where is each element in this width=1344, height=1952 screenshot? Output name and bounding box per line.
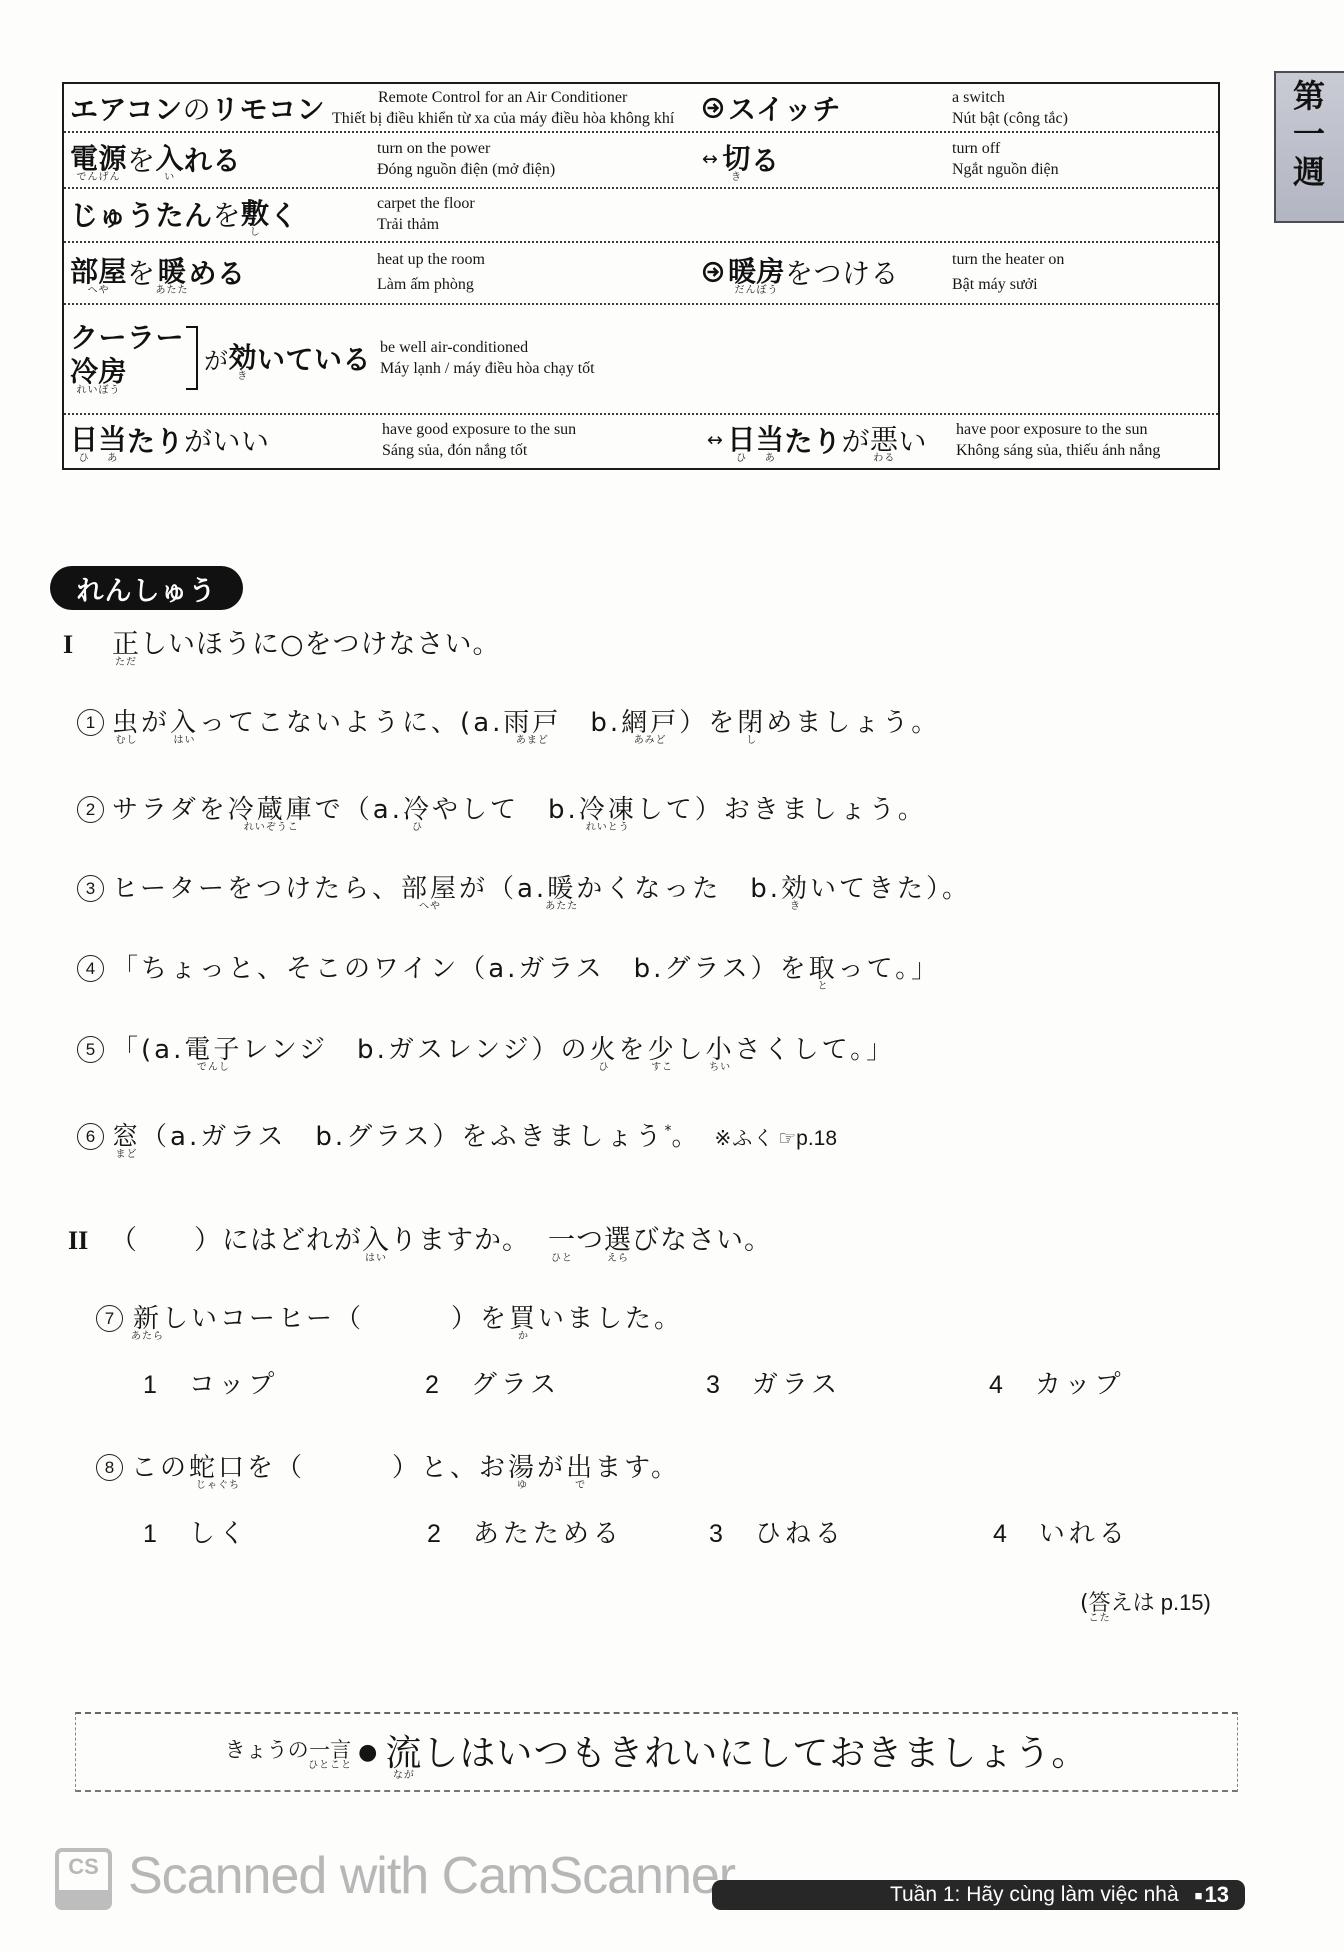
text-segment: さくして。」 <box>735 1035 895 1065</box>
text-segment: ）を <box>679 708 737 738</box>
furigana-word: 正ただ <box>112 629 140 660</box>
meaning-vietnamese: Thiết bị điều khiển từ xa của máy điều h… <box>332 108 674 129</box>
question-6: 6窓まど（a.ガラス b.グラス）をふきましょう*。※ふく☞p.18 <box>77 1114 837 1159</box>
option-text: いれる <box>1039 1519 1129 1549</box>
answer-option: 2グラス <box>425 1368 560 1402</box>
term-text: スイッチ <box>728 88 841 128</box>
text-segment: を（ ）と、お <box>247 1453 508 1483</box>
meaning-vietnamese: Trải thảm <box>377 214 439 235</box>
term-text: い <box>899 420 928 460</box>
furigana-word: 部屋へや <box>70 250 127 295</box>
question-3: 3ヒーターをつけたら、部屋へやが（a.暖あたたかくなった b.効きいてきた）。 <box>77 872 971 911</box>
furigana-word: 冷ひ <box>403 795 432 825</box>
furigana-word: 電子でんし <box>184 1035 242 1065</box>
term-text: リモコン <box>211 88 325 128</box>
question-1: 1虫むしが入はいってこないように、(a.雨戸あまど b.網戸あみど）を閉しめまし… <box>77 706 940 745</box>
term-particle: が <box>841 420 870 460</box>
phrase-label: きょうの一言ひとこと <box>225 1734 353 1770</box>
page-number: 13 <box>1205 1882 1229 1908</box>
text-segment: しいほうに○をつけなさい。 <box>140 629 501 660</box>
furigana-word: 答こた <box>1089 1591 1111 1616</box>
vocab-antonym-term: ↔ 切きる <box>702 131 779 187</box>
text-segment: めましょう。 <box>766 708 940 738</box>
question-2: 2サラダを冷蔵庫れいぞうこで（a.冷ひやして b.冷凍れいとうして）おきましょう… <box>77 793 927 832</box>
part-2-numeral: II <box>68 1224 88 1258</box>
furigana-word: 当あ <box>99 418 128 463</box>
text-segment: しいコーヒー（ ）を <box>162 1304 509 1334</box>
meaning-english: have good exposure to the sun <box>382 419 576 440</box>
term-particle: が <box>204 341 229 376</box>
furigana-word: 湯ゆ <box>508 1453 537 1483</box>
furigana-word: 冷房れいぼう <box>70 355 127 388</box>
vocab-row: エアコンのリモコン Remote Control for an Air Cond… <box>64 84 1218 133</box>
question-number: 3 <box>77 875 104 902</box>
term-text: たり <box>784 420 841 460</box>
circled-arrow-icon <box>702 97 724 119</box>
meaning-english: be well air-conditioned <box>380 337 528 358</box>
answer-option: 4いれる <box>993 1517 1129 1551</box>
text-segment: （ ）にはどれが <box>110 1225 362 1256</box>
vocab-row: クーラー 冷房れいぼう が効きいている be well air-conditio… <box>64 303 1218 415</box>
text-segment: で（a. <box>315 795 403 825</box>
furigana-word: 雨戸あまど <box>503 708 561 738</box>
option-number: 4 <box>993 1520 1007 1548</box>
furigana-word: 選えら <box>604 1225 632 1256</box>
meaning-english: Remote Control for an Air Conditioner <box>332 87 627 108</box>
text-segment: が <box>141 708 170 738</box>
double-arrow-icon: ↔ <box>702 148 718 170</box>
furigana-word: 火ひ <box>590 1035 619 1065</box>
answer-option: 4カップ <box>989 1368 1125 1402</box>
furigana-word: 冷蔵庫れいぞうこ <box>228 795 315 825</box>
question-7: 7新あたらしいコーヒー（ ）を買かいました。 <box>96 1302 683 1341</box>
term-alternatives: クーラー 冷房れいぼう <box>70 321 184 395</box>
text-segment: ます。 <box>595 1453 680 1483</box>
term-text: たり <box>127 420 184 460</box>
furigana-word: 流なが <box>385 1733 422 1774</box>
option-number: 3 <box>709 1520 723 1548</box>
term-particle: がいい <box>184 420 270 460</box>
question-number: 7 <box>96 1305 123 1332</box>
meaning-english: heat up the room <box>377 247 485 272</box>
meaning-english: turn off <box>952 138 1000 159</box>
vocab-related-term: 暖房だんぼうをつける <box>702 241 899 303</box>
square-bullet-icon: ■ <box>1195 1888 1203 1903</box>
meaning-vietnamese: Máy lạnh / máy điều hòa chạy tốt <box>380 358 595 379</box>
term-text: める <box>189 252 246 292</box>
vocab-antonym-term: ↔ 日ひ当あたりが悪わるい <box>707 413 927 467</box>
text-segment: ヒーターをつけたら、 <box>112 874 401 904</box>
term-particle: を <box>213 194 242 234</box>
question-number: 4 <box>77 955 104 982</box>
furigana-word: 入はい <box>170 708 199 738</box>
text-segment: が <box>537 1453 566 1483</box>
meaning-vietnamese: Sáng sủa, đón nắng tốt <box>382 440 527 461</box>
text-segment: を <box>619 1035 648 1065</box>
vocab-meaning: Remote Control for an Air Conditioner Th… <box>332 84 674 131</box>
furigana-word: 取と <box>809 954 838 984</box>
vocab-row: 部屋へやを暖あたためる heat up the room Làm ấm phòn… <box>64 241 1218 305</box>
meaning-english: turn the heater on <box>952 247 1064 272</box>
question-8: 8この蛇口じゃぐちを（ ）と、お湯ゆが出でます。 <box>96 1451 680 1490</box>
footnote-text: ※ふく <box>714 1126 774 1150</box>
text-segment: 「ちょっと、そこのワイン（a.ガラス b.グラス）を <box>112 954 809 984</box>
option-text: コップ <box>189 1370 278 1400</box>
furigana-word: 一言ひとこと <box>309 1738 353 1762</box>
chapter-title: Tuần 1: Hãy cùng làm việc nhà <box>890 1883 1179 1907</box>
practice-badge: れんしゅう <box>50 566 243 610</box>
option-text: あたためる <box>473 1519 623 1549</box>
term-text: クーラー <box>70 321 184 355</box>
meaning-english: turn on the power <box>377 138 490 159</box>
vocab-meaning: be well air-conditioned Máy lạnh / máy đ… <box>380 303 595 413</box>
furigana-word: 新あたら <box>131 1304 162 1334</box>
answer-page-reference: (答こたえは p.15) <box>1080 1588 1211 1623</box>
bracket <box>186 326 198 390</box>
term-text: く <box>270 194 299 234</box>
furigana-word: 効き <box>781 874 810 904</box>
vocab-meaning: heat up the room Làm ấm phòng <box>377 241 485 303</box>
option-text: しく <box>189 1519 249 1549</box>
furigana-word: 日ひ <box>70 418 99 463</box>
furigana-word: 切き <box>722 137 751 182</box>
term-text: いている <box>257 338 371 378</box>
furigana-word: 入い <box>156 137 185 182</box>
furigana-word: 少すこ <box>648 1035 677 1065</box>
text-segment: この <box>131 1453 189 1483</box>
text-segment: ってこないように、(a. <box>199 708 503 738</box>
term-text: じゅうたん <box>70 194 213 234</box>
chapter-tab-label: 第一週 <box>1284 79 1330 193</box>
text-segment: し <box>677 1035 706 1065</box>
phrase-of-the-day-box: きょうの一言ひとこと ● 流ながしはいつもきれいにしておきましょう。 <box>75 1712 1238 1792</box>
furigana-word: 出で <box>566 1453 595 1483</box>
answer-option: 2あたためる <box>427 1517 623 1551</box>
pointing-hand-icon: ☞ <box>778 1126 796 1150</box>
circled-arrow-icon <box>702 261 724 283</box>
text-segment: 「(a. <box>112 1035 184 1065</box>
text-segment: りますか。 <box>390 1225 530 1256</box>
phrase-text: 流ながしはいつもきれいにしておきましょう。 <box>385 1725 1088 1780</box>
footnote-page-ref: p.18 <box>796 1127 837 1150</box>
meaning-vietnamese: Đóng nguồn điện (mở điện) <box>377 159 555 180</box>
chapter-tab: 第一週 <box>1274 71 1344 223</box>
option-text: カップ <box>1035 1370 1125 1400</box>
text-segment: して）おきましょう。 <box>637 795 927 825</box>
furigana-word: 暖房だんぼう <box>728 250 785 295</box>
option-number: 2 <box>425 1371 439 1399</box>
text-segment: びなさい。 <box>632 1225 772 1256</box>
meaning-vietnamese: Làm ấm phòng <box>377 272 474 297</box>
furigana-word: 虫むし <box>112 708 141 738</box>
term-text: れる <box>184 139 241 179</box>
option-number: 2 <box>427 1520 441 1548</box>
vocab-meaning: a switch Nút bật (công tắc) <box>952 84 1068 131</box>
vocab-meaning: carpet the floor Trải thảm <box>377 187 475 241</box>
answer-option: 3ガラス <box>706 1368 841 1402</box>
vocab-term: 日ひ当あたりがいい <box>70 413 270 467</box>
text-segment: かくなった b. <box>576 874 781 904</box>
part-2-instruction: （ ）にはどれが入はいりますか。一ひとつ選えらびなさい。 <box>110 1224 772 1263</box>
furigana-word: 網戸あみど <box>621 708 679 738</box>
answer-option: 3ひねる <box>709 1517 845 1551</box>
term-text: エアコン <box>70 88 183 128</box>
text-segment: やして b. <box>432 795 579 825</box>
term-text: 冷房れいぼう <box>70 355 184 395</box>
vocab-meaning: have good exposure to the sun Sáng sủa, … <box>382 413 576 467</box>
furigana-word: 暖あたた <box>156 250 189 295</box>
furigana-word: 入はい <box>362 1225 390 1256</box>
answer-option: 1しく <box>143 1517 249 1551</box>
practice-label: れんしゅう <box>77 569 217 608</box>
meaning-vietnamese: Ngắt nguồn điện <box>952 159 1059 180</box>
question-number: 5 <box>77 1036 104 1063</box>
vocab-meaning: turn the heater on Bật máy sưởi <box>952 241 1064 303</box>
vocab-term: じゅうたんを敷しく <box>70 187 298 241</box>
text-segment: って。」 <box>838 954 940 984</box>
vocab-row: じゅうたんを敷しく carpet the floor Trải thảm <box>64 187 1218 243</box>
textbook-page: エアコンのリモコン Remote Control for an Air Cond… <box>0 0 1344 1952</box>
text-segment: レンジ b.ガスレンジ）の <box>242 1035 589 1065</box>
text-segment: サラダを <box>112 795 228 825</box>
option-text: ひねる <box>755 1519 845 1549</box>
furigana-word: 買か <box>509 1304 538 1334</box>
furigana-word: 電源でんげん <box>70 137 127 182</box>
term-text: をつける <box>785 252 899 292</box>
text-segment: 。 <box>671 1122 700 1152</box>
text-segment: いてきた）。 <box>810 874 971 904</box>
meaning-vietnamese: Nút bật (công tắc) <box>952 108 1068 129</box>
furigana-word: 悪わる <box>870 418 899 463</box>
bullet-icon: ● <box>358 1740 377 1765</box>
vocab-term: 部屋へやを暖あたためる <box>70 241 246 303</box>
furigana-word: 日ひ <box>727 418 756 463</box>
meaning-vietnamese: Không sáng sủa, thiếu ánh nắng <box>956 440 1160 461</box>
term-particle: を <box>127 139 156 179</box>
text-segment: つ <box>576 1225 604 1256</box>
furigana-word: 蛇口じゃぐち <box>189 1453 247 1483</box>
furigana-word: 窓まど <box>112 1122 141 1152</box>
term-text: る <box>751 139 780 179</box>
question-4: 4「ちょっと、そこのワイン（a.ガラス b.グラス）を取とって。」 <box>77 952 940 991</box>
furigana-word: 小ちい <box>706 1035 735 1065</box>
page-footer-bar: Tuần 1: Hãy cùng làm việc nhà ■ 13 <box>712 1880 1245 1910</box>
furigana-word: 部屋へや <box>401 874 459 904</box>
text-segment: いました。 <box>538 1304 683 1334</box>
furigana-word: 当あ <box>756 418 785 463</box>
vocabulary-table: エアコンのリモコン Remote Control for an Air Cond… <box>62 82 1220 470</box>
logo-band <box>59 1890 108 1906</box>
part-1-numeral: I <box>63 628 73 662</box>
option-text: グラス <box>471 1370 560 1400</box>
meaning-vietnamese: Bật máy sưởi <box>952 272 1038 297</box>
question-number: 1 <box>77 709 104 736</box>
furigana-word: 冷凍れいとう <box>579 795 637 825</box>
option-number: 1 <box>143 1520 157 1548</box>
answer-option: 1コップ <box>143 1368 278 1402</box>
meaning-english: a switch <box>952 87 1005 108</box>
question-5: 5「(a.電子でんしレンジ b.ガスレンジ）の火ひを少すこし小ちいさくして。」 <box>77 1033 895 1072</box>
question-number: 6 <box>77 1123 104 1150</box>
term-particle: の <box>183 88 212 128</box>
vocab-term: クーラー 冷房れいぼう が効きいている <box>70 303 371 413</box>
option-number: 4 <box>989 1371 1003 1399</box>
furigana-word: 閉し <box>737 708 766 738</box>
text-segment: ( <box>1080 1591 1089 1616</box>
vocab-meaning: turn on the power Đóng nguồn điện (mở đi… <box>377 131 555 187</box>
furigana-word: 一ひと <box>548 1225 576 1256</box>
option-number: 3 <box>706 1371 720 1399</box>
furigana-word: 効き <box>229 336 258 381</box>
camscanner-logo-icon: CS <box>55 1848 112 1910</box>
double-arrow-icon: ↔ <box>707 429 723 451</box>
vocab-meaning: turn off Ngắt nguồn điện <box>952 131 1059 187</box>
vocab-row: 日ひ当あたりがいい have good exposure to the sun … <box>64 413 1218 467</box>
vocab-related-term: スイッチ <box>702 84 841 131</box>
text-segment: （a.ガラス b.グラス）をふきましょう <box>141 1122 664 1152</box>
meaning-english: have poor exposure to the sun <box>956 419 1148 440</box>
scanner-watermark: Scanned with CamScanner <box>128 1846 735 1906</box>
furigana-word: 敷し <box>241 192 270 237</box>
camscanner-logo-text: CS <box>59 1854 108 1880</box>
vocab-meaning: have poor exposure to the sun Không sáng… <box>956 413 1160 467</box>
text-segment: えは p.15) <box>1111 1590 1211 1615</box>
text-segment: が（a. <box>459 874 547 904</box>
option-number: 1 <box>143 1371 157 1399</box>
vocab-term: エアコンのリモコン <box>70 84 325 131</box>
meaning-english: carpet the floor <box>377 193 475 214</box>
term-particle: を <box>127 252 156 292</box>
furigana-word: 暖あたた <box>547 874 576 904</box>
part-1-instruction: 正ただしいほうに○をつけなさい。 <box>112 628 501 667</box>
option-text: ガラス <box>752 1370 841 1400</box>
question-number: 8 <box>96 1454 123 1481</box>
vocab-row: 電源でんげんを入いれる turn on the power Đóng nguồn… <box>64 131 1218 189</box>
text-segment: b. <box>561 708 621 738</box>
vocab-term: 電源でんげんを入いれる <box>70 131 241 187</box>
question-number: 2 <box>77 796 104 823</box>
